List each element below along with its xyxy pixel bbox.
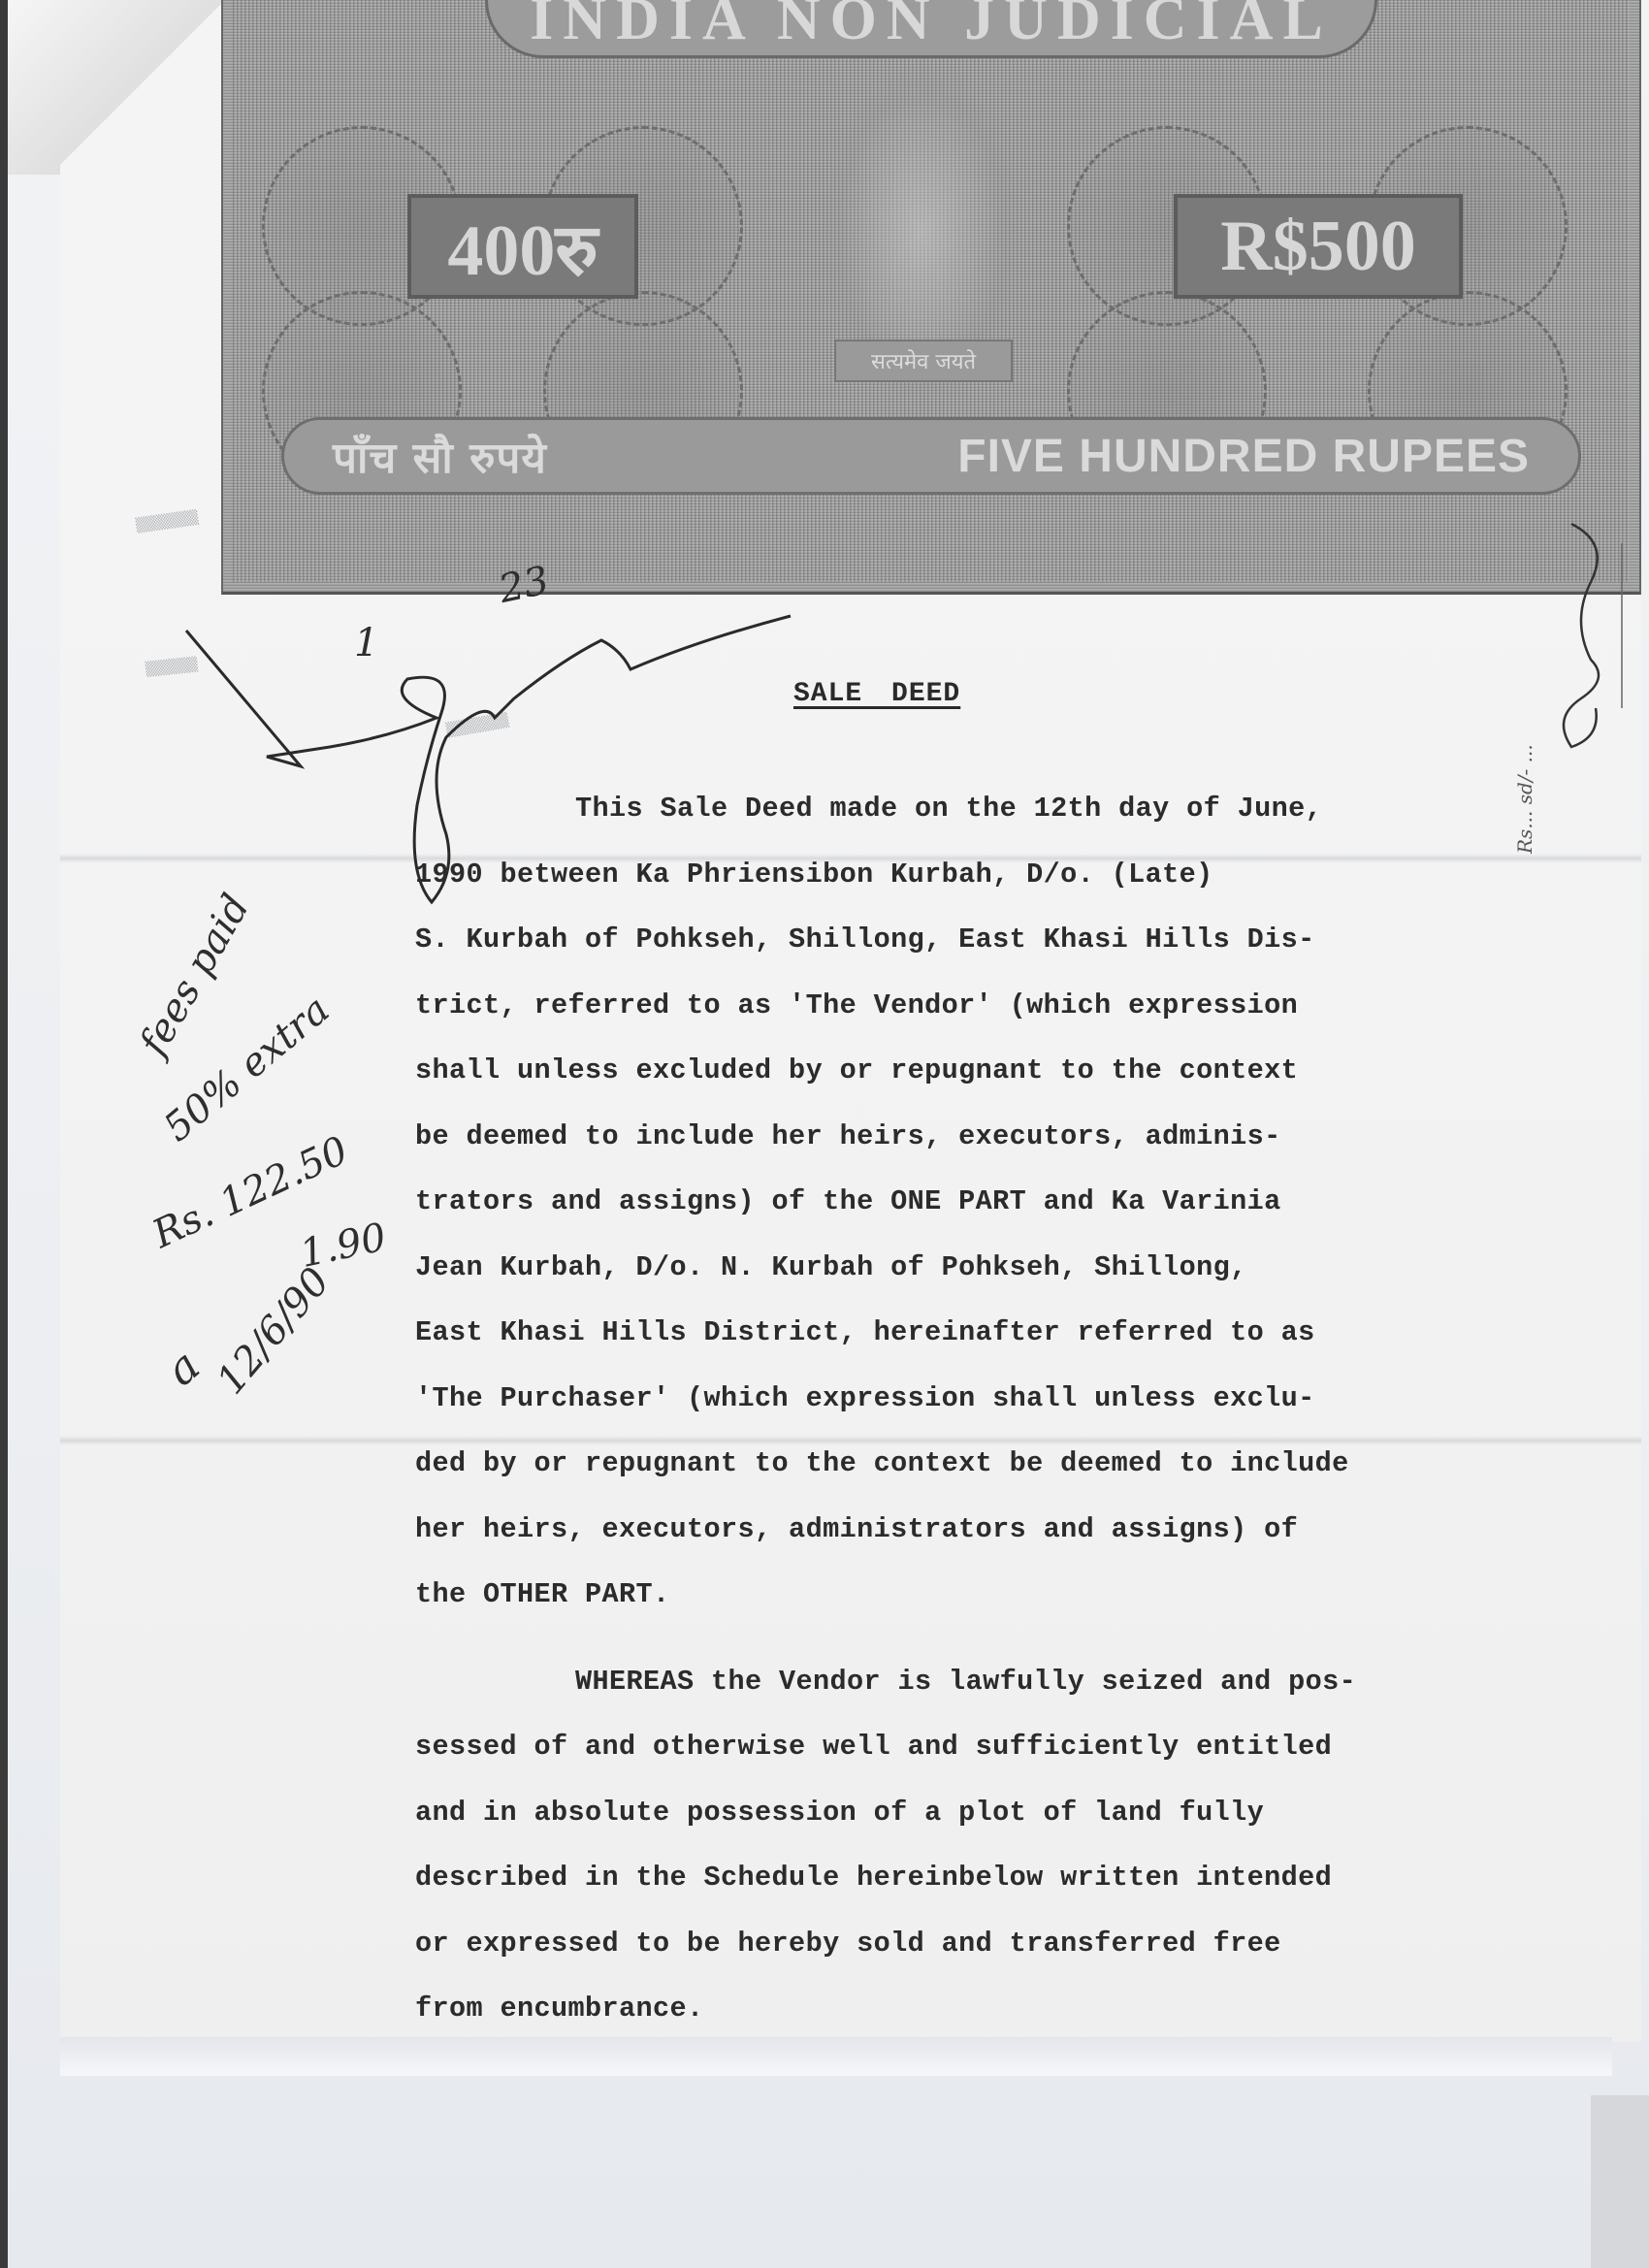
paragraph-whereas: WHEREAS the Vendor is lawfully seized an… [415, 1649, 1502, 2042]
right-margin-note: Rs... sd/- ... [1513, 744, 1536, 854]
document-body: This Sale Deed made on the 12th day of J… [415, 776, 1502, 2042]
paragraph-gap [415, 1628, 1502, 1649]
text-line: sessed of and otherwise well and suffici… [415, 1714, 1502, 1780]
stamp-value-english: FIVE HUNDRED RUPEES [957, 430, 1530, 483]
stamp-header-banner: INDIA NON JUDICIAL [485, 0, 1377, 58]
stamp-paper: INDIA NON JUDICIAL 400रु R$500 सत्यमेव ज… [221, 0, 1641, 595]
paragraph-parties: This Sale Deed made on the 12th day of J… [415, 776, 1502, 1628]
text-line: shall unless excluded by or repugnant to… [415, 1038, 1502, 1104]
text-line: 1990 between Ka Phriensibon Kurbah, D/o.… [415, 842, 1502, 908]
text-line: her heirs, executors, administrators and… [415, 1497, 1502, 1563]
text-line: S. Kurbah of Pohkseh, Shillong, East Kha… [415, 907, 1502, 973]
stamp-denomination-english: R$500 [1174, 194, 1463, 299]
text-line: trict, referred to as 'The Vendor' (whic… [415, 973, 1502, 1039]
text-line: East Khasi Hills District, hereinafter r… [415, 1300, 1502, 1366]
text-line: Jean Kurbah, D/o. N. Kurbah of Pohkseh, … [415, 1235, 1502, 1301]
stamp-value-banner: पाँच सौ रुपये FIVE HUNDRED RUPEES [281, 417, 1581, 495]
text-line: ded by or repugnant to the context be de… [415, 1431, 1502, 1497]
bottom-fold [60, 2037, 1612, 2076]
text-line: or expressed to be hereby sold and trans… [415, 1911, 1502, 1977]
text-line: trators and assigns) of the ONE PART and… [415, 1169, 1502, 1235]
text-line: from encumbrance. [415, 1976, 1502, 2042]
scan-edge-right [1591, 2095, 1649, 2268]
text-line: This Sale Deed made on the 12th day of J… [415, 776, 1502, 842]
text-line: WHEREAS the Vendor is lawfully seized an… [415, 1649, 1502, 1715]
stamp-value-hindi: पाँच सौ रुपये [333, 427, 547, 485]
text-line: and in absolute possession of a plot of … [415, 1780, 1502, 1846]
scan-edge [0, 0, 8, 2268]
text-line: be deemed to include her heirs, executor… [415, 1104, 1502, 1170]
text-line: described in the Schedule hereinbelow wr… [415, 1845, 1502, 1911]
document-title: SALE DEED [793, 679, 960, 709]
emblem-motto: सत्यमेव जयते [834, 340, 1013, 382]
stamp-denomination-hindi: 400रु [407, 194, 638, 299]
text-line: 'The Purchaser' (which expression shall … [415, 1366, 1502, 1432]
text-line: the OTHER PART. [415, 1562, 1502, 1628]
tick-mark-annotation: 1 [354, 621, 378, 665]
